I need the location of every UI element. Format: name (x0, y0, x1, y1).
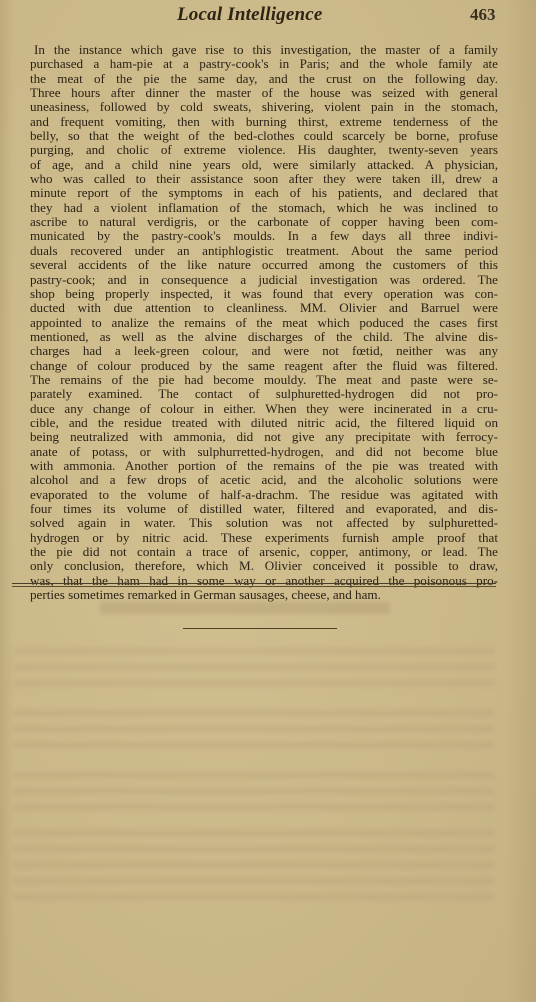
text-line: mentioned, as well as the alvine dischar… (30, 330, 498, 344)
text-line: Three hours after dinner the master of t… (30, 86, 498, 100)
page-number: 463 (470, 5, 496, 25)
text-line: and frequent vomiting, then with burning… (30, 115, 498, 129)
text-line: alcohol and a few drops of acetic acid, … (30, 473, 498, 487)
text-line: parately examined. The contact of sulphu… (30, 387, 498, 401)
bleed-through-text (14, 772, 494, 778)
text-line: of age, and a child nine years old, were… (30, 158, 498, 172)
text-line: only conclusion, therefore, which M. Oli… (30, 559, 498, 573)
bleed-through-text (14, 726, 494, 732)
text-line: the meat of the pie the same day, and th… (30, 72, 498, 86)
text-line: ducted with due attention to cleanliness… (30, 301, 498, 315)
bleed-through-text (14, 862, 494, 868)
text-line: purging, and cholic of extreme violence.… (30, 143, 498, 157)
text-line: hydrogen or by nitric acid. These experi… (30, 531, 498, 545)
text-line: appointed to analize the remains of the … (30, 316, 498, 330)
text-line: the pie did not contain a trace of arsen… (30, 545, 498, 559)
page-header: Local Intelligence 463 (0, 2, 536, 26)
section-divider-short-rule (183, 628, 337, 629)
text-line: shop being properly inspected, it was fo… (30, 287, 498, 301)
text-line: four times its volume of distilled water… (30, 502, 498, 516)
bleed-through-text (14, 878, 494, 884)
text-line: belly, so that the weight of the bed-clo… (30, 129, 498, 143)
text-line: pastry-cook; and in consequence a judici… (30, 273, 498, 287)
bleed-through-text (14, 830, 494, 836)
bleed-through-text (14, 648, 494, 654)
text-line: change of colour produced by the same re… (30, 359, 498, 373)
text-line: In the instance which gave rise to this … (30, 43, 498, 57)
text-line: cible, and the residue treated with dilu… (30, 416, 498, 430)
text-line: duals recovered under an antiphlogistic … (30, 244, 498, 258)
bleed-through-text (14, 680, 494, 686)
bleed-through-text (14, 804, 494, 810)
text-line: being neutralized with ammonia, did not … (30, 430, 498, 444)
text-line: they had a violent inflamation of the st… (30, 201, 498, 215)
text-line: evaporated to the volume of half-a-drach… (30, 488, 498, 502)
running-title: Local Intelligence (177, 4, 323, 26)
book-page: Local Intelligence 463 In the instance w… (0, 0, 536, 1002)
text-line: minute report of the symptoms in each of… (30, 186, 498, 200)
bleed-through-text (14, 788, 494, 794)
text-line: municated by the pastry-cook's moulds. I… (30, 229, 498, 243)
text-line: with ammonia. Another portion of the rem… (30, 459, 498, 473)
bleed-through-text (14, 710, 494, 716)
text-line: uneasiness, followed by cold sweats, shi… (30, 100, 498, 114)
text-line: purchased a ham-pie at a pastry-cook's i… (30, 57, 498, 71)
bleed-through-text (14, 664, 494, 670)
text-line: charges had a leek-green colour, and wer… (30, 344, 498, 358)
bleed-through-text (14, 894, 494, 900)
text-line: anate of potass, or with sulphurretted-h… (30, 445, 498, 459)
text-line: perties sometimes remarked in German sau… (30, 588, 498, 602)
text-line: ascribe to natural verdigris, or the car… (30, 215, 498, 229)
text-line: several accidents of the like nature occ… (30, 258, 498, 272)
article-body: In the instance which gave rise to this … (30, 43, 498, 602)
text-line: duce any change of colour in either. Whe… (30, 402, 498, 416)
bleed-through-heading (100, 602, 390, 614)
text-line: The remains of the pie had become mouldy… (30, 373, 498, 387)
text-line: solved again in water. This solution was… (30, 516, 498, 530)
section-divider-double-rule (12, 583, 496, 587)
bleed-through-text (14, 846, 494, 852)
bleed-through-text (14, 742, 494, 748)
text-line: who was called to their assistance soon … (30, 172, 498, 186)
